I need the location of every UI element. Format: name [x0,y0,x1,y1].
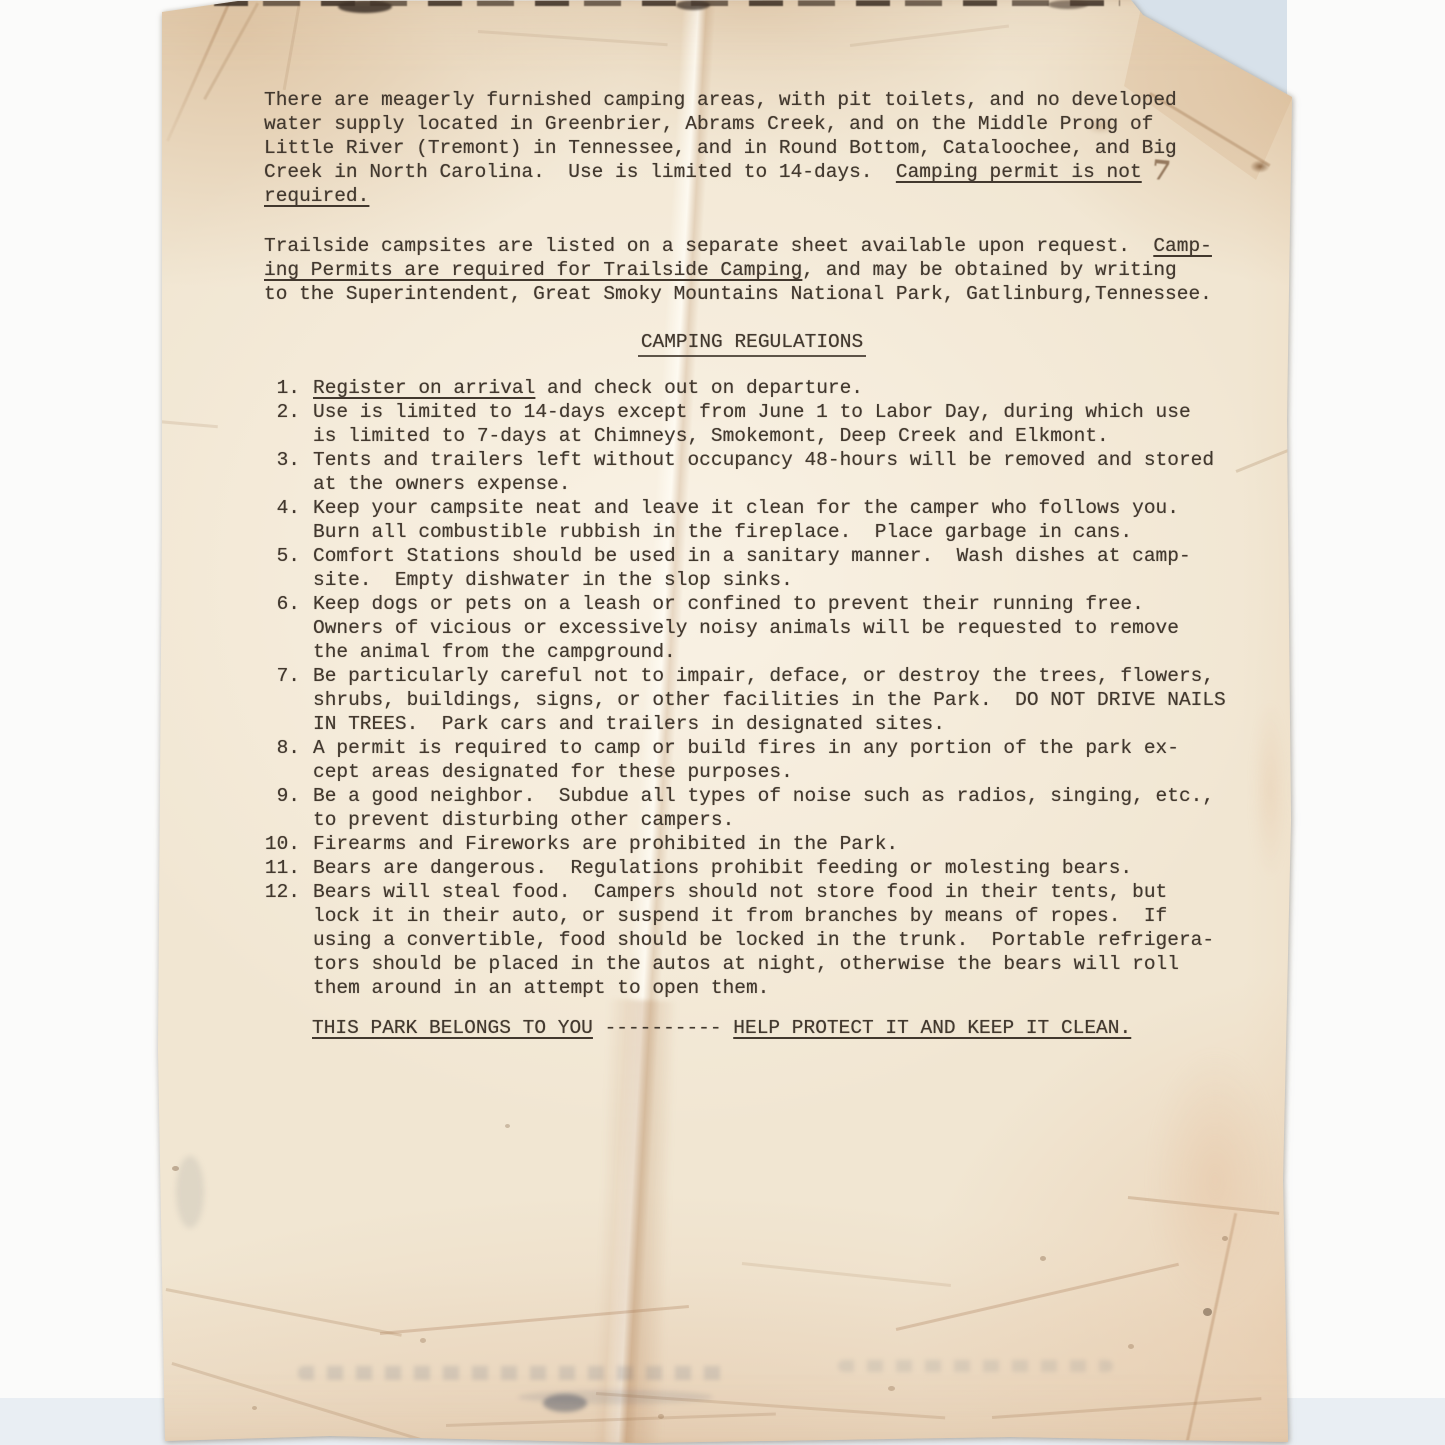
regulation-item: 6.Keep dogs or pets on a leash or confin… [264,592,1240,664]
text-line: the animal from the campground. [313,640,1179,664]
text-line: Bears are dangerous. Regulations prohibi… [313,856,1132,880]
item-text: Comfort Stations should be used in a san… [313,544,1191,592]
text-segment: Camp- [1153,235,1212,257]
text-line: to the Superintendent, Great Smoky Mount… [264,282,1240,306]
text-segment: Owners of vicious or excessively noisy a… [313,617,1179,639]
text-segment: water supply located in Greenbrier, Abra… [264,113,1153,135]
text-segment: Camping permit is not [896,161,1142,183]
regulation-item: 11.Bears are dangerous. Regulations proh… [264,856,1240,880]
text-segment: THIS PARK BELONGS TO YOU [312,1017,593,1039]
ghost-smudge [298,1366,728,1380]
text-segment: Comfort Stations should be used in a san… [313,545,1191,567]
text-line: tors should be placed in the autos at ni… [313,952,1214,976]
text-line: them around in an attempt to open them. [313,976,1214,1000]
item-number: 9. [264,784,300,832]
cutoff-text-blob [1048,0,1088,9]
item-text: Be a good neighbor. Subdue all types of … [313,784,1214,832]
cutoff-text-blob [338,0,392,13]
text-segment: Register on arrival [313,377,535,399]
crease-line [166,1288,402,1336]
stain [1128,1344,1134,1349]
item-text: Be particularly careful not to impair, d… [313,664,1226,736]
stain [888,1386,895,1391]
text-line: at the owners expense. [313,472,1214,496]
text-segment: Firearms and Fireworks are prohibited in… [313,833,898,855]
regulation-item: 2.Use is limited to 14-days except from … [264,400,1240,448]
text-line: Bears will steal food. Campers should no… [313,880,1214,904]
item-number: 1. [264,376,300,400]
cutoff-text-strip [214,0,1120,6]
text-segment: site. Empty dishwater in the slop sinks. [313,569,793,591]
crease-line [380,1305,689,1335]
text-line: There are meagerly furnished camping are… [264,88,1240,112]
text-segment: Be particularly careful not to impair, d… [313,665,1214,687]
crease-line [896,1263,1179,1331]
regulation-item: 10.Firearms and Fireworks are prohibited… [264,832,1240,856]
text-segment: required. [264,185,369,207]
text-segment: HELP PROTECT IT AND KEEP IT CLEAN. [733,1017,1131,1039]
item-text: Register on arrival and check out on dep… [313,376,863,400]
item-number: 6. [264,592,300,664]
text-line: is limited to 7-days at Chimneys, Smokem… [313,424,1191,448]
crease-line [283,1,301,90]
section-heading-text: CAMPING REGULATIONS [638,331,866,357]
text-line: Use is limited to 14-days except from Ju… [313,400,1191,424]
item-number: 8. [264,736,300,784]
intro-paragraphs: There are meagerly furnished camping are… [264,88,1240,306]
regulation-item: 3.Tents and trailers left without occupa… [264,448,1240,496]
item-text: Tents and trailers left without occupanc… [313,448,1214,496]
stain [1250,160,1270,173]
text-segment: Little River (Tremont) in Tennessee, and… [264,137,1177,159]
paper-sheet: There are meagerly furnished camping are… [0,0,1445,1445]
ghost-smudge [543,1394,587,1412]
item-text: Firearms and Fireworks are prohibited in… [313,832,898,856]
text-segment: is limited to 7-days at Chimneys, Smokem… [313,425,1109,447]
text-line: water supply located in Greenbrier, Abra… [264,112,1240,136]
folded-corner [0,0,1445,1445]
text-segment: at the owners expense. [313,473,570,495]
crease-line [158,420,218,428]
text-line: Be a good neighbor. Subdue all types of … [313,784,1214,808]
ghost-smudge [838,1360,1113,1372]
pen-mark: 7 [1151,171,1170,173]
text-segment: Use is limited to 14-days except from Ju… [313,401,1191,423]
crease-line [1236,449,1289,472]
crease-line [478,30,668,46]
text-segment: ---------- [605,1017,722,1039]
text-segment: to prevent disturbing other campers. [313,809,734,831]
text-line: Firearms and Fireworks are prohibited in… [313,832,898,856]
regulations-list: 1.Register on arrival and check out on d… [264,376,1240,1000]
regulation-item: 12.Bears will steal food. Campers should… [264,880,1240,1000]
text-segment: , and may be obtained by writing [802,259,1176,281]
item-text: Keep dogs or pets on a leash or confined… [313,592,1179,664]
text-segment: cept areas designated for these purposes… [313,761,793,783]
crease-line [596,1392,945,1419]
text-segment: IN TREES. Park cars and trailers in desi… [313,713,945,735]
text-segment: Burn all combustible rubbish in the fire… [313,521,1132,543]
text-line: to prevent disturbing other campers. [313,808,1214,832]
crease-line [742,1262,951,1286]
ghost-smudge [518,1390,713,1404]
text-line: Creek in North Carolina. Use is limited … [264,160,1240,184]
text-line: cept areas designated for these purposes… [313,760,1179,784]
regulation-item: 8.A permit is required to camp or build … [264,736,1240,784]
intro-paragraph: Trailside campsites are listed on a sepa… [264,234,1240,306]
stain [252,1406,257,1410]
crease-line [204,3,260,100]
stain [505,1124,510,1128]
regulation-item: 7.Be particularly careful not to impair,… [264,664,1240,736]
section-heading: CAMPING REGULATIONS [264,330,1240,354]
item-text: Bears are dangerous. Regulations prohibi… [313,856,1132,880]
text-line: Register on arrival and check out on dep… [313,376,863,400]
text-line: Tents and trailers left without occupanc… [313,448,1214,472]
item-number: 2. [264,400,300,448]
text-segment: the animal from the campground. [313,641,676,663]
crease-line [446,1412,776,1426]
text-segment [722,1017,734,1039]
intro-paragraph: There are meagerly furnished camping are… [264,88,1240,208]
item-text: Bears will steal food. Campers should no… [313,880,1214,1000]
text-line: required. [264,184,1240,208]
text-line: Keep dogs or pets on a leash or confined… [313,592,1179,616]
text-segment: ing Permits are required for Trailside C… [264,259,802,281]
text-line: IN TREES. Park cars and trailers in desi… [313,712,1226,736]
text-segment: shrubs, buildings, signs, or other facil… [313,689,1226,711]
regulation-item: 5.Comfort Stations should be used in a s… [264,544,1240,592]
vertical-fold-stain [592,999,678,1445]
item-number: 7. [264,664,300,736]
stain [420,1338,426,1343]
text-segment: Keep dogs or pets on a leash or confined… [313,593,1144,615]
ghost-smudge [176,1156,204,1228]
text-segment: There are meagerly furnished camping are… [264,89,1177,111]
item-number: 4. [264,496,300,544]
text-segment: Tents and trailers left without occupanc… [313,449,1214,471]
text-line: Burn all combustible rubbish in the fire… [313,520,1179,544]
text-line: Little River (Tremont) in Tennessee, and… [264,136,1240,160]
crease-line [167,1,232,142]
stain [1222,1236,1228,1241]
crease-line [1128,1196,1279,1214]
item-number: 3. [264,448,300,496]
scan-background: There are meagerly furnished camping are… [0,0,1445,1445]
text-line: Owners of vicious or excessively noisy a… [313,616,1179,640]
text-segment: Be a good neighbor. Subdue all types of … [313,785,1214,807]
text-segment: Bears are dangerous. Regulations prohibi… [313,857,1132,879]
regulation-item: 4.Keep your campsite neat and leave it c… [264,496,1240,544]
item-number: 12. [264,880,300,1000]
paper-wrap: There are meagerly furnished camping are… [0,0,1445,1445]
text-segment: Keep your campsite neat and leave it cle… [313,497,1179,519]
item-number: 5. [264,544,300,592]
document-text: There are meagerly furnished camping are… [264,88,1240,1040]
text-segment: tors should be placed in the autos at ni… [313,953,1179,975]
stain [1040,1256,1046,1261]
crease-line [172,1362,431,1443]
text-line: lock it in their auto, or suspend it fro… [313,904,1214,928]
text-line: Keep your campsite neat and leave it cle… [313,496,1179,520]
text-line: Comfort Stations should be used in a san… [313,544,1191,568]
text-line: site. Empty dishwater in the slop sinks. [313,568,1191,592]
stain [658,1414,664,1419]
cutoff-text-blob [676,0,710,10]
text-segment: to the Superintendent, Great Smoky Mount… [264,283,1212,305]
text-segment: them around in an attempt to open them. [313,977,769,999]
text-line: using a convertible, food should be lock… [313,928,1214,952]
text-segment: and check out on departure. [535,377,863,399]
text-segment [593,1017,605,1039]
stain [172,1166,179,1171]
closing-line: THIS PARK BELONGS TO YOU ---------- HELP… [312,1016,1240,1040]
item-text: Use is limited to 14-days except from Ju… [313,400,1191,448]
vertical-fold-crease [574,0,747,1445]
text-segment: using a convertible, food should be lock… [313,929,1214,951]
stain [1150,1050,1280,1310]
text-segment: Creek in North Carolina. Use is limited … [264,161,896,183]
text-line: ing Permits are required for Trailside C… [264,258,1240,282]
item-number: 10. [264,832,300,856]
stain [1203,1308,1212,1316]
text-segment: Bears will steal food. Campers should no… [313,881,1167,903]
item-number: 11. [264,856,300,880]
crease-line [992,1397,1262,1418]
text-segment: Trailside campsites are listed on a sepa… [264,235,1153,257]
regulation-item: 1.Register on arrival and check out on d… [264,376,1240,400]
text-line: Trailside campsites are listed on a sepa… [264,234,1240,258]
regulation-item: 9.Be a good neighbor. Subdue all types o… [264,784,1240,832]
stain [1252,700,1288,880]
text-line: Be particularly careful not to impair, d… [313,664,1226,688]
item-text: Keep your campsite neat and leave it cle… [313,496,1179,544]
item-text: A permit is required to camp or build fi… [313,736,1179,784]
text-segment: lock it in their auto, or suspend it fro… [313,905,1167,927]
text-segment: A permit is required to camp or build fi… [313,737,1179,759]
text-line: shrubs, buildings, signs, or other facil… [313,688,1226,712]
text-line: A permit is required to camp or build fi… [313,736,1179,760]
crease-line [850,25,1009,47]
crease-line [1149,92,1270,166]
crease-line [1186,1213,1237,1443]
stain [1086,118,1116,134]
